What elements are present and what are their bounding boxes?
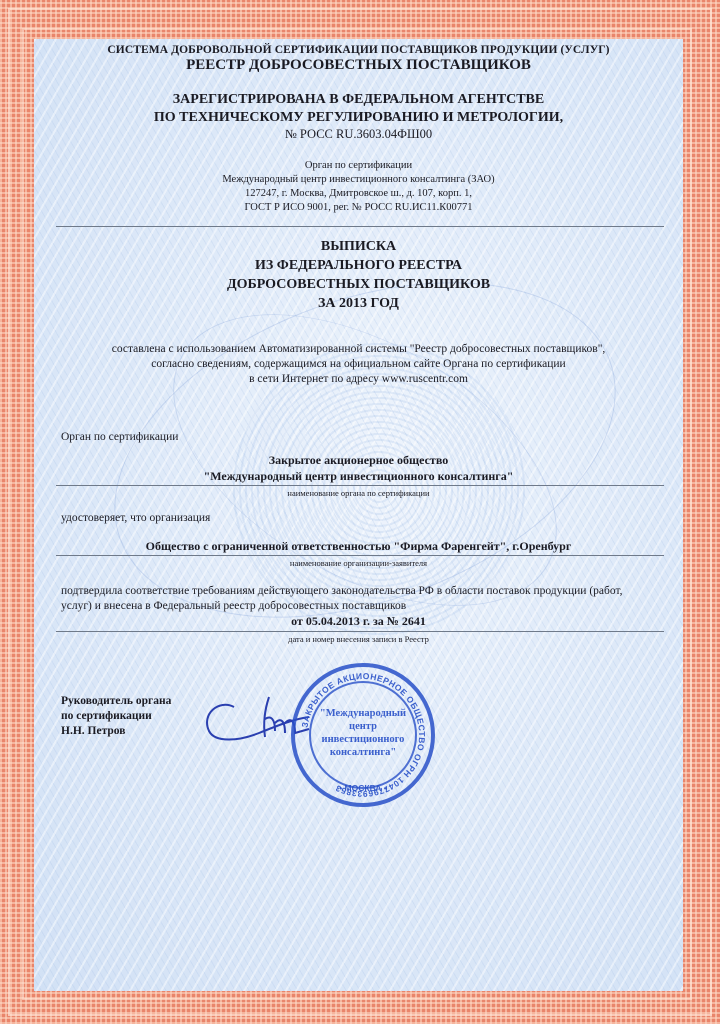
- cert-body-standard: ГОСТ Р ИСО 9001, рег. № РОСС RU.ИС11.К00…: [34, 201, 683, 215]
- signatory-name: Н.Н. Петров: [61, 724, 171, 739]
- stamp-center-text: "Международный центр инвестиционного кон…: [295, 707, 431, 759]
- compiled-statement: составлена с использованием Автоматизиро…: [34, 342, 683, 387]
- compiled-line: согласно сведениям, содержащимся на офиц…: [34, 357, 683, 372]
- registry-entry: от 05.04.2013 г. за № 2641: [34, 614, 683, 629]
- signatory: Руководитель органа по сертификации Н.Н.…: [61, 694, 171, 739]
- stamp-line: инвестиционного: [295, 733, 431, 746]
- system-name: СИСТЕМА ДОБРОВОЛЬНОЙ СЕРТИФИКАЦИИ ПОСТАВ…: [34, 44, 683, 56]
- stamp-line: "Международный: [295, 707, 431, 720]
- cert-body-name-line2: "Международный центр инвестиционного кон…: [34, 469, 683, 484]
- confirmation-line: услуг) и внесена в Федеральный реестр до…: [61, 599, 671, 614]
- svg-text:• МОСКВА •: • МОСКВА •: [339, 783, 387, 793]
- certifies-label: удостоверяет, что организация: [61, 512, 210, 524]
- certificate-sheet: СИСТЕМА ДОБРОВОЛЬНОЙ СЕРТИФИКАЦИИ ПОСТАВ…: [34, 39, 683, 991]
- signatory-title: по сертификации: [61, 709, 171, 724]
- registered-line: ПО ТЕХНИЧЕСКОМУ РЕГУЛИРОВАНИЮ И МЕТРОЛОГ…: [34, 109, 683, 127]
- cert-body-name-line1: Закрытое акционерное общество: [34, 453, 683, 468]
- applicant-caption: наименование организации-заявителя: [34, 558, 683, 568]
- stamp-line: центр: [295, 720, 431, 733]
- divider: [56, 631, 664, 632]
- registry-name: РЕЕСТР ДОБРОСОВЕСТНЫХ ПОСТАВЩИКОВ: [34, 57, 683, 74]
- divider: [56, 485, 664, 486]
- stamp-line: консалтинга": [295, 746, 431, 759]
- entry-caption: дата и номер внесения записи в Реестр: [34, 634, 683, 644]
- registered-line: ЗАРЕГИСТРИРОВАНА В ФЕДЕРАЛЬНОМ АГЕНТСТВЕ: [34, 91, 683, 109]
- compiled-line: в сети Интернет по адресу www.ruscentr.c…: [34, 372, 683, 387]
- title-line: ЗА 2013 ГОД: [34, 294, 683, 313]
- title-line: ДОБРОСОВЕСТНЫХ ПОСТАВЩИКОВ: [34, 275, 683, 294]
- registration-number: № РОСС RU.3603.04ФШ00: [34, 127, 683, 142]
- applicant-name: Общество с ограниченной ответственностью…: [34, 539, 683, 554]
- document-title: ВЫПИСКА ИЗ ФЕДЕРАЛЬНОГО РЕЕСТРА ДОБРОСОВ…: [34, 237, 683, 313]
- title-line: ВЫПИСКА: [34, 237, 683, 256]
- confirmation-text: подтвердила соответствие требованиям дей…: [61, 584, 671, 614]
- registration-statement: ЗАРЕГИСТРИРОВАНА В ФЕДЕРАЛЬНОМ АГЕНТСТВЕ…: [34, 91, 683, 127]
- certification-body-info: Орган по сертификации Международный цент…: [34, 159, 683, 215]
- confirmation-line: подтвердила соответствие требованиям дей…: [61, 584, 671, 599]
- official-stamp: ЗАКРЫТОЕ АКЦИОНЕРНОЕ ОБЩЕСТВО ОГРН 10477…: [291, 663, 435, 807]
- cert-body-label: Орган по сертификации: [61, 431, 178, 443]
- compiled-line: составлена с использованием Автоматизиро…: [34, 342, 683, 357]
- divider: [56, 555, 664, 556]
- cert-body-address: 127247, г. Москва, Дмитровское ш., д. 10…: [34, 187, 683, 201]
- title-line: ИЗ ФЕДЕРАЛЬНОГО РЕЕСТРА: [34, 256, 683, 275]
- signatory-title: Руководитель органа: [61, 694, 171, 709]
- divider: [56, 226, 664, 227]
- cert-body-name: Международный центр инвестиционного конс…: [34, 173, 683, 187]
- cert-body-caption: наименование органа по сертификации: [34, 488, 683, 498]
- cert-body-label: Орган по сертификации: [34, 159, 683, 173]
